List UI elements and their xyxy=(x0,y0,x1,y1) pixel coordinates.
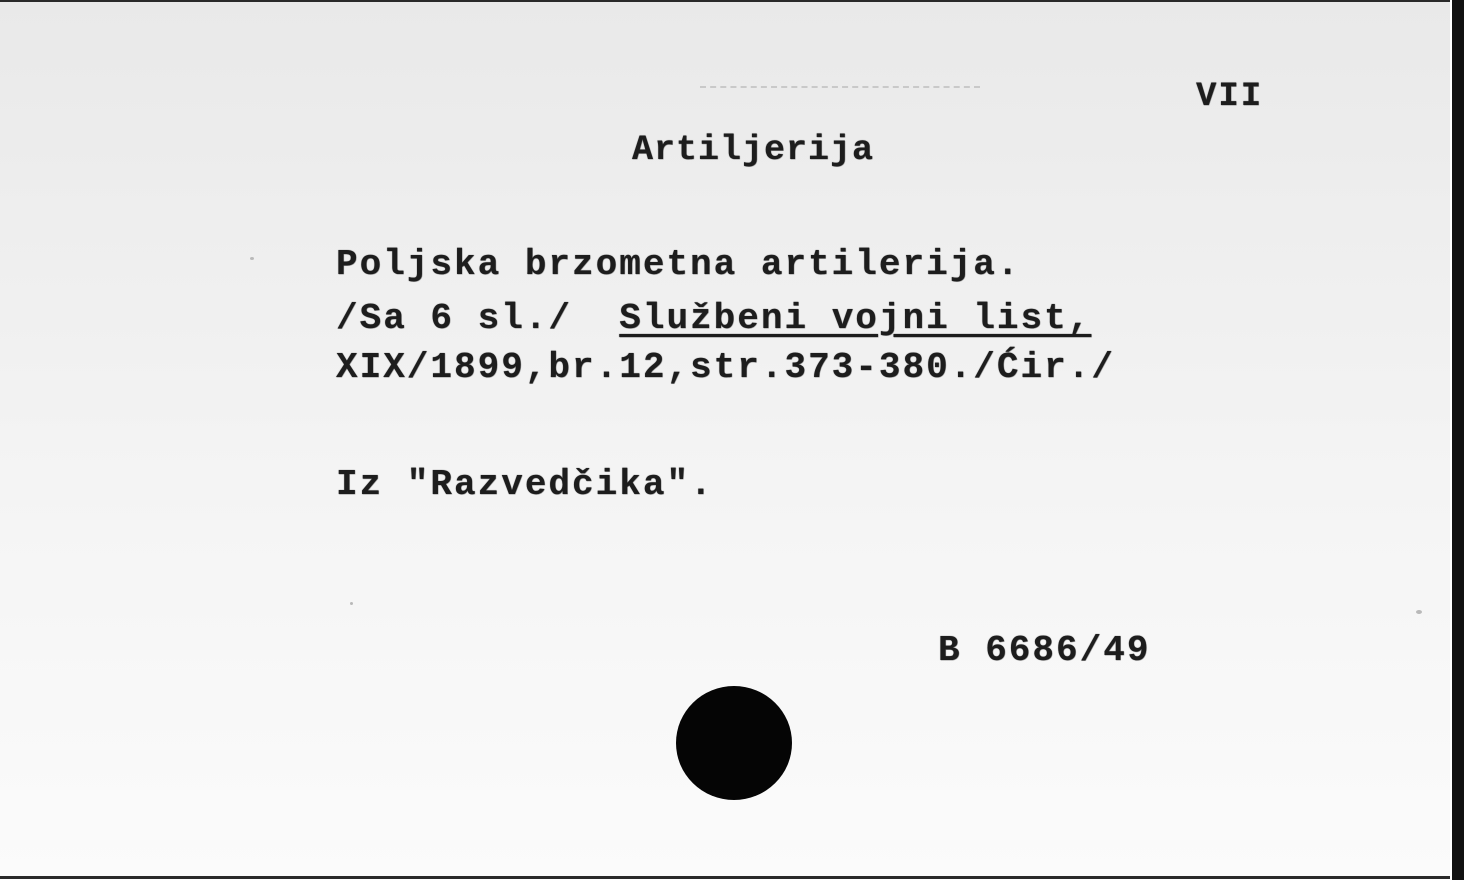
shelfmark: B 6686/49 xyxy=(938,630,1150,671)
volume-issue-pages: XIX/1899,br.12,str.373-380. xyxy=(336,347,973,388)
paper-speck xyxy=(350,602,353,605)
catalogue-card: VII Artiljerija Poljska brzometna artile… xyxy=(0,0,1450,879)
citation-line-1: /Sa 6 sl./ Službeni vojni list, xyxy=(336,298,1091,339)
section-number: VII xyxy=(1196,78,1263,116)
illustrations-note: /Sa 6 sl./ xyxy=(336,298,572,339)
entry-title: Poljska brzometna artilerija. xyxy=(336,244,1021,285)
script-note: /Ćir./ xyxy=(973,347,1115,388)
journal-title: Službeni vojni list, xyxy=(619,298,1091,339)
card-heading: Artiljerija xyxy=(632,130,874,170)
citation-line-2: XIX/1899,br.12,str.373-380./Ćir./ xyxy=(336,347,1115,388)
punch-hole xyxy=(676,686,792,800)
paper-speck xyxy=(250,257,254,260)
scan-border xyxy=(1452,0,1464,880)
faint-dashed-mark xyxy=(700,86,980,90)
paper-speck xyxy=(1416,610,1422,614)
source-note: Iz "Razvedčika". xyxy=(336,464,714,505)
